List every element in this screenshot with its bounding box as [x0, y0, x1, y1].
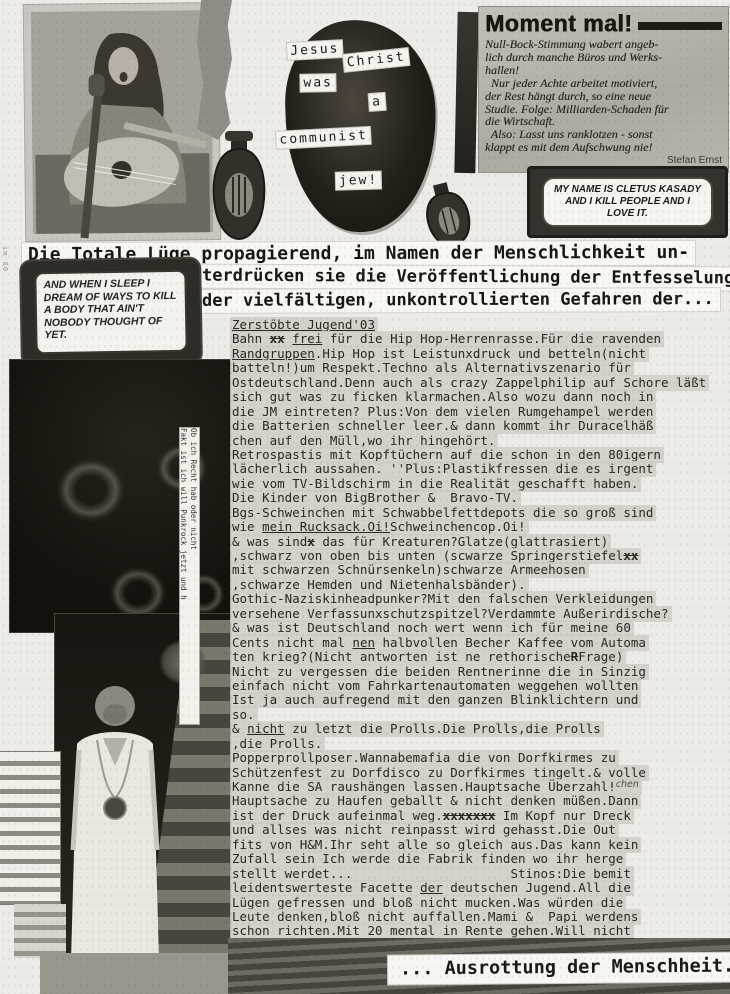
typewriter-line: ,die Prolls. — [230, 737, 730, 751]
cutout-word-jew: jew! — [336, 172, 382, 190]
propaganda-head-photo: Jesus Christ was a communist jew! — [282, 17, 439, 234]
sleep-speech-bubble: AND WHEN I SLEEP I DREAM OF WAYS TO KILL… — [34, 270, 187, 355]
typewriter-line: Retrospastis mit Kopftüchern auf die sch… — [230, 448, 730, 462]
typewriter-line: & nicht zu letzt die Prolls.Die Prolls,d… — [230, 722, 730, 736]
comic-panel-sleep: AND WHEN I SLEEP I DREAM OF WAYS TO KILL… — [21, 258, 201, 365]
typewriter-line: einfach nicht vom Fahrkartenautomaten we… — [230, 679, 730, 693]
typewriter-line: mit schwarzen Schnürsenkeln)schwarze Arm… — [230, 563, 730, 577]
newspaper-title: Moment mal! — [485, 10, 632, 35]
comic-panel-cletus: MY NAME IS CLETUS KASADY AND I KILL PEOP… — [527, 166, 728, 238]
typewriter-line: fits von H&M.Ihr seht alle so gleich aus… — [230, 838, 730, 852]
typewriter-line: Ist ja auch aufregend mit den ganzen Bli… — [230, 693, 730, 707]
typewriter-line: schon richten.Mit 20 mental in Rente geh… — [230, 924, 730, 938]
vertical-line-1: Ob ich Recht hab oder nicht — [189, 428, 199, 724]
typewriter-line: Nicht zu vergessen die beiden Rentnerinn… — [230, 665, 730, 679]
floor-strip — [40, 953, 230, 994]
typewriter-line: und allses was nicht reinpasst wird geha… — [230, 823, 730, 837]
typewriter-line: so. — [230, 708, 730, 722]
typewriter-line: Lügen gefressen und bloß nicht mucken.Wa… — [230, 896, 730, 910]
headline-line-2: terdrücken sie die Veröffentlichung der … — [196, 265, 730, 291]
typewriter-line: leidentswerteste Facette der deutschen J… — [230, 881, 730, 895]
typewriter-line: wie mein Rucksack.Oi!Schweinchencop.Oi! — [230, 520, 730, 534]
torn-paper-scrap — [197, 0, 232, 140]
cutout-word-christ: Christ — [343, 48, 409, 72]
typewriter-line: & was sindx das für Kreaturen?Glatze(gla… — [230, 535, 730, 549]
grenade-collage-b — [415, 174, 480, 252]
radiator-bars-lower — [14, 904, 66, 958]
typewriter-line: Leute denken,bloß nicht auffallen.Mami &… — [230, 910, 730, 924]
zine-collage-page: Jesus Christ was a communist jew! Moment… — [0, 0, 730, 994]
grenade-collage-a — [211, 127, 267, 241]
robed-man-figure — [59, 680, 171, 960]
typewriter-line: Kanne die SA raushängen lassen.Hauptsach… — [230, 780, 730, 794]
typewriter-line: versehene Verfassunxschutzspitzel?Verdam… — [230, 607, 730, 621]
typewriter-line: sich gut was zu ficken klarmachen.Also w… — [230, 390, 730, 404]
typewriter-line: batteln!)um Respekt.Techno als Alternati… — [230, 361, 730, 375]
moment-body: Null-Bock-Stimmung wabert angeb-lich dur… — [485, 38, 722, 154]
typewriter-line: Zufall sein Ich werde die Fabrik finden … — [230, 852, 730, 866]
moment-body-line: klappt es mit dem Aufschwung nie! — [485, 141, 722, 154]
cutout-word-was: was — [300, 74, 336, 92]
typewriter-line: stellt werdet... Stinos:Die bemit — [230, 867, 730, 881]
typewriter-line: Zerstöbte Jugend'03 — [230, 318, 730, 332]
typewriter-line: Bahn xx frei für die Hip Hop-Herrenrasse… — [230, 332, 730, 346]
vertical-typed-strip: Ob ich Recht hab oder nicht Fakt ist ich… — [180, 428, 199, 724]
typewriter-line: Bgs-Schweinchen mit Schwabbelfettdepots … — [230, 506, 730, 520]
typewriter-line: die Batterien schneller leer.& dann komm… — [230, 419, 730, 433]
cutout-word-communist: communist — [276, 127, 371, 149]
cutout-word-a: a — [369, 93, 386, 111]
cutout-word-jesus: Jesus — [287, 40, 343, 60]
typewriter-line: Cents nicht mal nen halbvollen Becher Ka… — [230, 636, 730, 650]
typewriter-line: ten krieg?(Nicht antworten ist ne rethor… — [230, 650, 730, 664]
dark-paper-strip — [454, 12, 478, 173]
typewriter-line: Gothic-Naziskinheadpunker?Mit den falsch… — [230, 592, 730, 606]
moment-body-line: der Rest hängt durch, so eine neue — [485, 90, 722, 103]
newspaper-byline: Stefan Ernst — [485, 155, 722, 166]
robed-man-photo — [55, 614, 230, 960]
newspaper-clipping: Moment mal! Null-Bock-Stimmung wabert an… — [479, 7, 728, 172]
vertical-typed-text: Ob ich Recht hab oder nicht Fakt ist ich… — [180, 428, 199, 724]
typewriter-line: lächerlich aussahen. ''Plus:Plastikfress… — [230, 462, 730, 476]
typewriter-line: wie vom TV-Bildschirm in die Realität ge… — [230, 477, 730, 491]
moment-body-line: lich durch manche Büros und Werks- — [485, 51, 722, 64]
typewriter-line: chen auf den Müll,wo ihr hingehört. — [230, 434, 730, 448]
vertical-line-2: Fakt ist ich will Punkrock jetzt und h — [179, 428, 189, 724]
ghost-skull-shape — [48, 450, 134, 530]
typewriter-text: Zerstöbte Jugend'03Bahn xx frei für die … — [230, 318, 730, 953]
typewriter-line: Hauptsache zu Haufen geballt & nicht den… — [230, 794, 730, 808]
typewriter-line: & was ist Deutschland noch wert wenn ich… — [230, 621, 730, 635]
moment-body-line: hallen! — [485, 64, 722, 77]
radiator-bars — [0, 752, 60, 904]
margin-scribble: im 80 — [1, 246, 9, 272]
moment-body-line: Nur jeder Achte arbeitet motiviert, — [485, 77, 722, 90]
singer-photo-art — [24, 3, 220, 241]
typewriter-line: ,schwarze Hemden und Nietenhalsbänder). — [230, 578, 730, 592]
typewriter-line: Die Kinder von BigBrother & Bravo-TV. — [230, 491, 730, 505]
typewriter-line: Popperprollposer.Wannabemafia die von Do… — [230, 751, 730, 765]
headline-line-3: der vielfältigen, unkontrollierten Gefah… — [196, 288, 720, 313]
typewriter-line: ,schwarz von oben bis unten (scwarze Spr… — [230, 549, 730, 563]
typewriter-line: Schützenfest zu Dorfdisco zu Dorfkirmes … — [230, 766, 730, 780]
typewriter-line: Ostdeutschland.Denn auch als crazy Zappe… — [230, 376, 730, 390]
cletus-speech-bubble: MY NAME IS CLETUS KASADY AND I KILL PEOP… — [542, 177, 713, 227]
moment-body-line: Null-Bock-Stimmung wabert angeb- — [485, 38, 722, 51]
typewriter-line: ist der Druck aufeinmal weg.xxxxxxx Im K… — [230, 809, 730, 823]
newspaper-title-row: Moment mal! — [485, 11, 722, 35]
typewriter-line: Randgruppen.Hip Hop ist Leistunxdruck un… — [230, 347, 730, 361]
newspaper-title-rule — [638, 22, 722, 30]
footer-cutout: ... Ausrottung der Menschheit. — [388, 952, 730, 984]
typewriter-line: die JM eintreten? Plus:Von dem vielen Ru… — [230, 405, 730, 419]
singer-photo — [24, 3, 220, 241]
